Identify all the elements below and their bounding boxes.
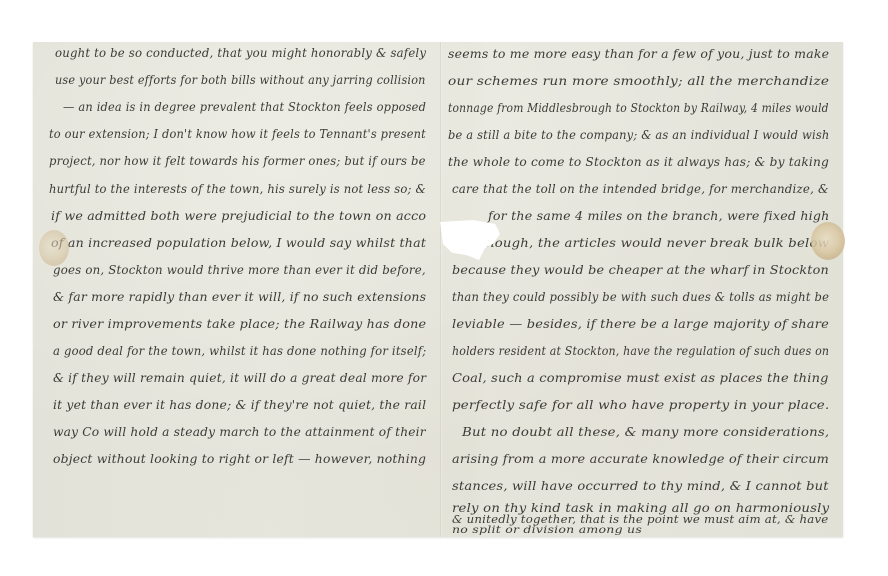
right-line-6: care that the toll on the intended bridg… <box>452 181 829 196</box>
right-line-10: than they could possibly be with such du… <box>452 289 829 304</box>
left-line-10: & far more rapidly than ever it will, if… <box>53 289 426 304</box>
left-line-8: of an increased population below, I woul… <box>51 235 426 250</box>
right-line-16: arising from a more accurate knowledge o… <box>452 451 829 466</box>
letter-sheet: ought to be so conducted, that you might… <box>33 42 843 537</box>
right-line-11: leviable — besides, if there be a large … <box>452 316 829 331</box>
right-line-5: the whole to come to Stockton as it alwa… <box>448 154 829 169</box>
left-line-2: use your best efforts for both bills wit… <box>55 72 426 87</box>
right-line-1: seems to me more easy than for a few of … <box>448 46 829 61</box>
left-line-1: ought to be so conducted, that you might… <box>55 45 426 60</box>
left-line-3: — an idea is in degree prevalent that St… <box>63 99 426 114</box>
right-line-7: for the same 4 miles on the branch, were… <box>488 208 830 223</box>
left-line-12: a good deal for the town, whilst it has … <box>53 343 426 358</box>
right-line-20: no split or division among us <box>452 525 642 536</box>
right-line-3: tonnage from Middlesbrough to Stockton b… <box>448 100 829 115</box>
right-line-17: stances, will have occurred to thy mind,… <box>452 478 829 493</box>
right-line-12: holders resident at Stockton, have the r… <box>452 343 829 358</box>
left-line-14: it yet than ever it has done; & if they'… <box>53 397 426 412</box>
right-line-15: But no doubt all these, & many more cons… <box>462 424 829 439</box>
left-line-6: hurtful to the interests of the town, hi… <box>49 181 426 196</box>
left-line-11: or river improvements take place; the Ra… <box>53 316 426 331</box>
right-line-4: be a still a bite to the company; & as a… <box>448 127 829 142</box>
right-line-2: our schemes run more smoothly; all the m… <box>448 73 829 88</box>
left-line-9: goes on, Stockton would thrive more than… <box>53 262 426 277</box>
left-line-15: way Co will hold a steady march to the a… <box>53 424 426 439</box>
right-page: seems to me more easy than for a few of … <box>442 42 843 537</box>
left-line-4: to our extension; I don't know how it fe… <box>49 126 426 141</box>
wax-seal-stain-right <box>811 222 845 260</box>
wax-seal-stain-left <box>39 230 69 266</box>
left-page: ought to be so conducted, that you might… <box>33 42 440 537</box>
left-line-5: project, nor how it felt towards his for… <box>49 153 426 168</box>
left-line-16: object without looking to right or left … <box>53 451 426 466</box>
right-line-9: because they would be cheaper at the wha… <box>452 262 829 277</box>
left-line-13: & if they will remain quiet, it will do … <box>53 370 426 385</box>
right-line-13: Coal, such a compromise must exist as pl… <box>452 370 829 385</box>
left-line-7: if we admitted both were prejudicial to … <box>51 208 426 223</box>
right-line-8: enough, the articles would never break b… <box>478 235 829 250</box>
right-line-14: perfectly safe for all who have property… <box>452 397 829 412</box>
